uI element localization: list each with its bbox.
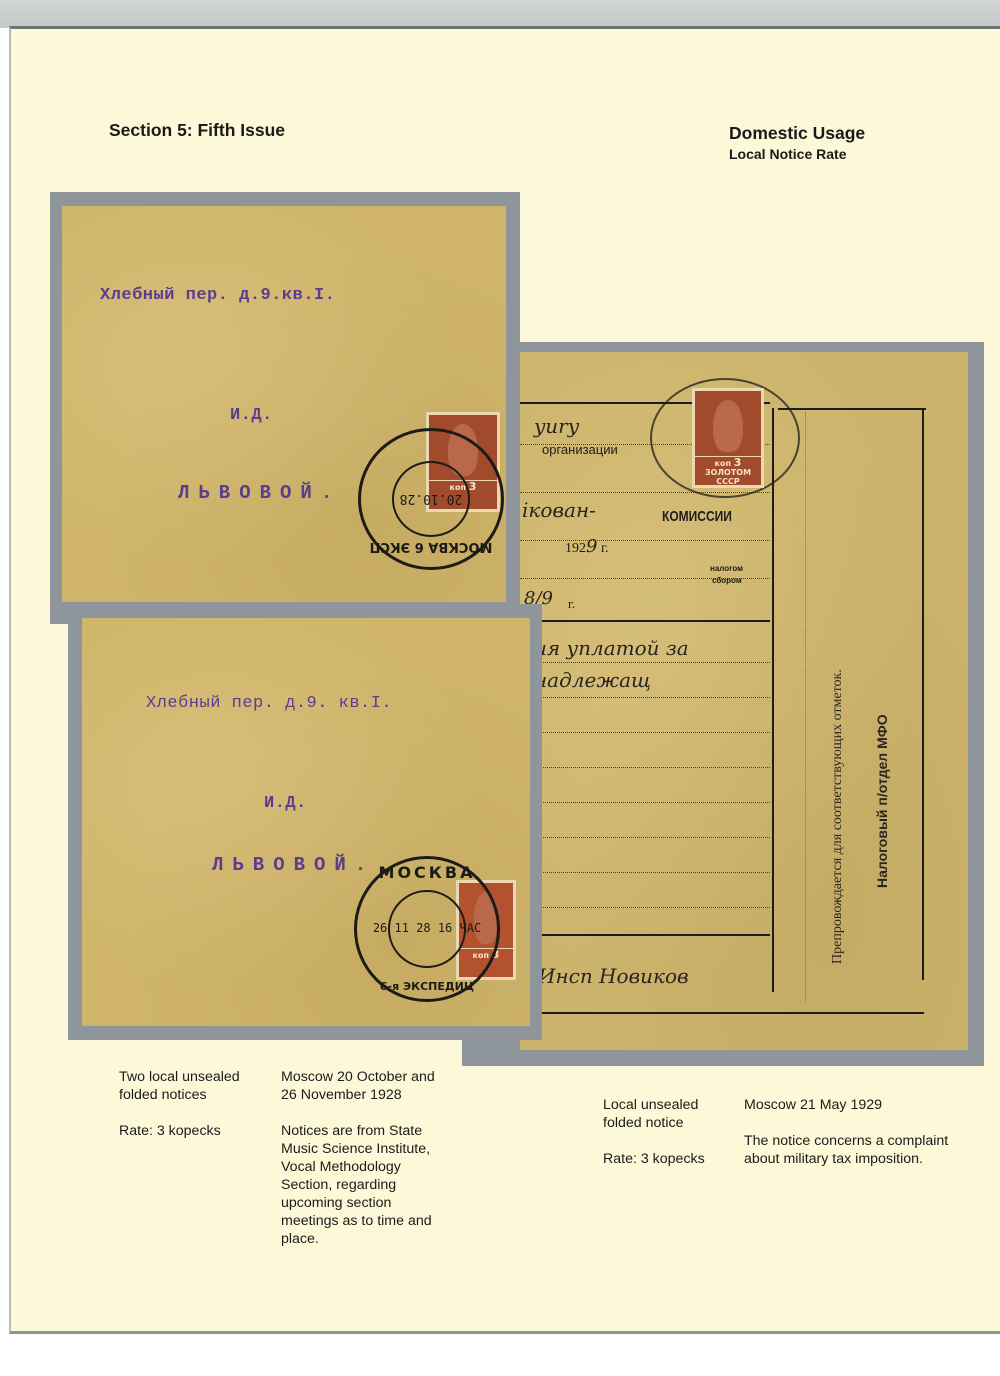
handwriting-line-4: надлежащ <box>534 668 651 692</box>
handwriting-line-1: yury <box>534 414 579 438</box>
notice-1-name: ЛЬВОВОЙ. <box>178 482 341 504</box>
notice-2-initials: И.Д. <box>264 794 307 813</box>
tax-label-bottom: сбором <box>712 576 742 585</box>
folded-notice-2: Хлебный пер. д.9. кв.I. И.Д. ЛЬВОВОЙ. ко… <box>82 618 530 1026</box>
commission-label: КОМИССИИ <box>662 508 732 525</box>
caption-right-rate: Rate: 3 kopecks <box>603 1150 733 1168</box>
tax-department-label: Налоговый п/отдел МФО <box>874 714 890 888</box>
handwriting-line-3: ия уплатой за <box>534 636 689 660</box>
postmark-notice-1: МОСКВА 6 ЭКСП 20.10.28 <box>358 428 504 570</box>
usage-subtitle: Local Notice Rate <box>729 146 846 162</box>
folded-notice-1: Хлебный пер. д.9.кв.I. И.Д. ЛЬВОВОЙ. коп… <box>62 206 506 602</box>
section-title: Section 5: Fifth Issue <box>109 120 285 141</box>
notice-1-initials: И.Д. <box>230 406 273 425</box>
forwarding-note: Препровождается для соответствующих отме… <box>830 669 846 964</box>
caption-right-details: Moscow 21 May 1929 The notice concerns a… <box>744 1096 984 1168</box>
scanner-edge <box>0 0 1000 28</box>
postmark-notice-2: МОСКВА 26 11 28 16 ЧАС 6-я ЭКСПЕДИЦ <box>354 856 500 1002</box>
notice-2-address: Хлебный пер. д.9. кв.I. <box>146 694 392 713</box>
signature: Инсп Новиков <box>538 964 689 988</box>
caption-left-details: Moscow 20 October and 26 November 1928 N… <box>281 1068 461 1248</box>
worker-portrait-icon <box>713 400 742 452</box>
handwriting-line-2: ікован- <box>522 498 596 522</box>
tax-notice-form: yury организации ікован- КОМИССИИ 1929 г… <box>520 352 968 1050</box>
usage-title: Domestic Usage <box>729 123 865 144</box>
year-label: 1929 г. <box>565 536 609 557</box>
caption-left-rate: Rate: 3 kopecks <box>119 1122 269 1140</box>
organization-label: организации <box>542 442 618 457</box>
tax-label-top: налогом <box>710 564 743 573</box>
caption-left-description: Two local unsealed folded notices Rate: … <box>119 1068 269 1140</box>
scanner-bottom-margin <box>0 1334 1000 1376</box>
notice-2-name: ЛЬВОВОЙ. <box>212 854 375 876</box>
notice-1-address: Хлебный пер. д.9.кв.I. <box>100 286 335 305</box>
stamp-form: коп 3ЗОЛОТОМ СССР <box>692 388 764 488</box>
caption-right-description: Local unsealed folded notice Rate: 3 kop… <box>603 1096 733 1168</box>
